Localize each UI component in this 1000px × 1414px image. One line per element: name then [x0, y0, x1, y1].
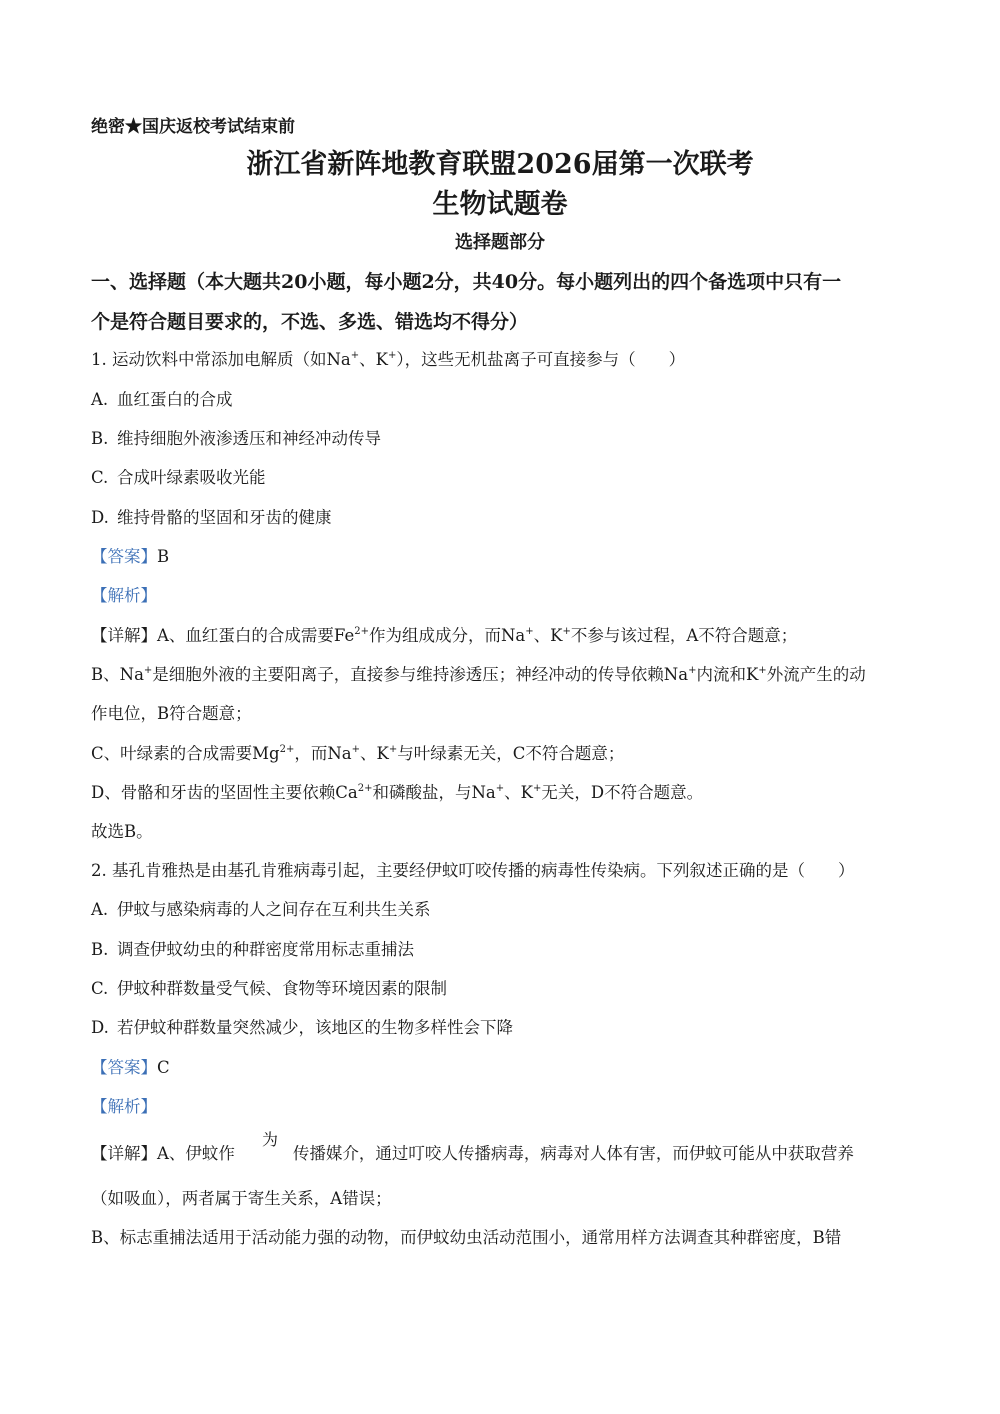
q2-detail-line2: （如吸血），两者属于寄生关系，A错误；: [91, 1187, 392, 1211]
q1-detail-line1: 【详解】A、血红蛋白的合成需要Fe2+作为组成成分，而Na+、K+不参与该过程，…: [91, 624, 797, 648]
q2-detail-line1: 【详解】A、伊蚊作传播媒介，通过叮咬人传播病毒，病毒对人体有害，而伊蚊可能从中获…: [91, 1142, 854, 1166]
q2-detail-line3: B、标志重捕法适用于活动能力强的动物，而伊蚊幼虫活动范围小，通常用样方法调查其种…: [91, 1226, 841, 1250]
answer-label: 【答案】: [91, 1058, 157, 1077]
q1-detail-line3: 作电位，B符合题意；: [91, 702, 252, 726]
q2-option-c: C.伊蚊种群数量受气候、食物等环境因素的限制: [91, 977, 447, 1001]
question-2-stem: 2. 基孔肯雅热是由基孔肯雅病毒引起，主要经伊蚊叮咬传播的病毒性传染病。下列叙述…: [91, 859, 855, 883]
q1-option-b: B.维持细胞外液渗透压和神经冲动传导: [91, 427, 381, 451]
q1-detail-conclusion: 故选B。: [91, 820, 153, 844]
q2-answer: 【答案】C: [91, 1056, 170, 1080]
q1-detail-line4: C、叶绿素的合成需要Mg2+，而Na+、K+与叶绿素无关，C不符合题意；: [91, 742, 624, 766]
answer-label: 【答案】: [91, 547, 157, 566]
q1-detail-line2: B、Na+是细胞外液的主要阳离子，直接参与维持渗透压；神经冲动的传导依赖Na+内…: [91, 663, 866, 687]
q1-option-d: D.维持骨骼的坚固和牙齿的健康: [91, 506, 332, 530]
section-instructions-line2: 个是符合题目要求的，不选、多选、错选均不得分）: [91, 310, 528, 334]
q2-option-a: A.伊蚊与感染病毒的人之间存在互利共生关系: [91, 898, 431, 922]
exam-title: 浙江省新阵地教育联盟2026届第一次联考: [0, 148, 1000, 182]
q2-option-b: B.调查伊蚊幼虫的种群密度常用标志重捕法: [91, 938, 414, 962]
confidential-notice: 绝密★国庆返校考试结束前: [91, 115, 295, 139]
q1-option-a: A.血红蛋白的合成: [91, 388, 233, 412]
exam-subtitle: 生物试题卷: [0, 188, 1000, 222]
q1-analysis-label: 【解析】: [91, 584, 157, 608]
q2-option-d: D.若伊蚊种群数量突然减少，该地区的生物多样性会下降: [91, 1016, 513, 1040]
exam-page: 绝密★国庆返校考试结束前 浙江省新阵地教育联盟2026届第一次联考 生物试题卷 …: [0, 0, 1000, 1414]
q2-analysis-label: 【解析】: [91, 1095, 157, 1119]
section-instructions-line1: 一、选择题（本大题共20小题，每小题2分，共40分。每小题列出的四个备选项中只有…: [91, 270, 841, 294]
part-heading: 选择题部分: [0, 231, 1000, 255]
q1-detail-line5: D、骨骼和牙齿的坚固性主要依赖Ca2+和磷酸盐，与Na+、K+无关，D不符合题意…: [91, 781, 703, 805]
q1-option-c: C.合成叶绿素吸收光能: [91, 466, 266, 490]
q1-answer: 【答案】B: [91, 545, 169, 569]
question-1-stem: 1. 运动饮料中常添加电解质（如Na+、K+），这些无机盐离子可直接参与（ ）: [91, 348, 685, 372]
